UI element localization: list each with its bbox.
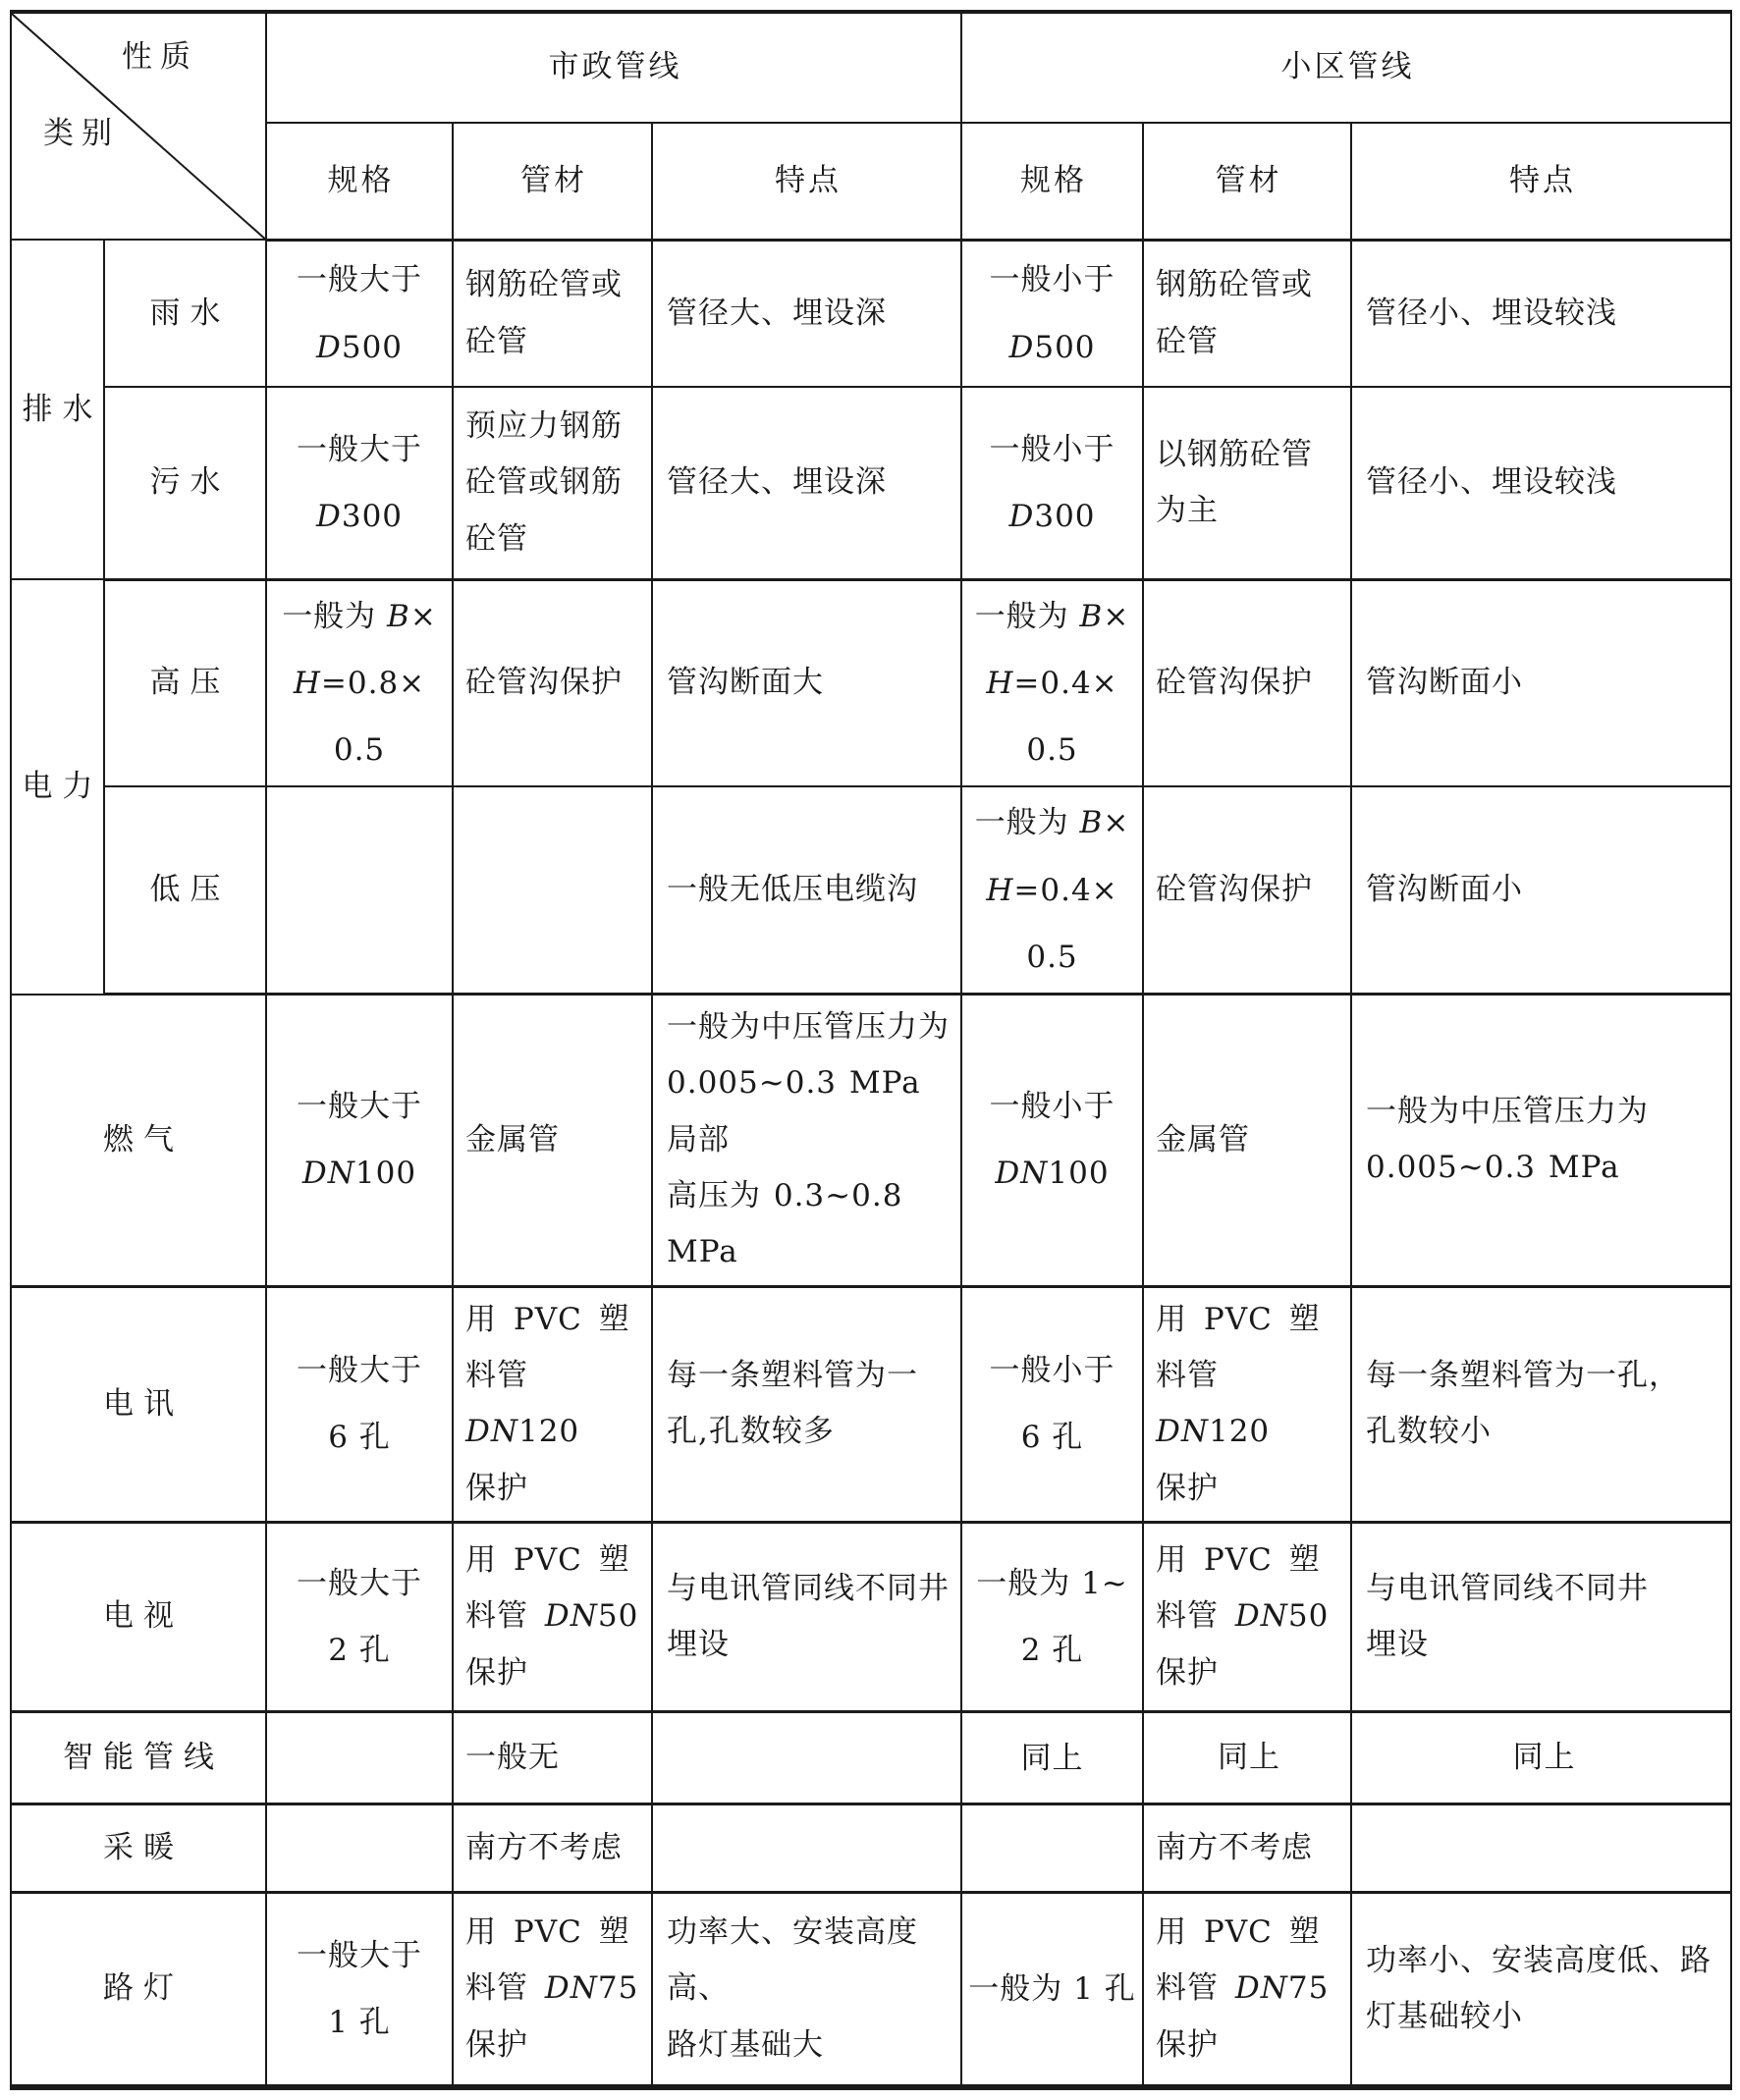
header-district: 小区管线 [961,12,1731,123]
cell-lamp-d-spec: 一般为 1 孔 [961,1893,1143,2087]
cell-heat-d-material: 南方不考虑 [1143,1804,1351,1893]
table-row-sewage: 污水 一般大于 D300 预应力钢筋 砼管或钢筋 砼管 管径大、埋设深 一般小于… [11,387,1731,579]
cell-rain-d-material: 钢筋砼管或 砼管 [1143,240,1351,387]
category-streetlight: 路灯 [11,1893,266,2087]
cell-heat-m-feature [652,1804,961,1893]
cell-tv-d-material: 用 PVC 塑 料管 DN50 保护 [1143,1523,1351,1712]
cell-telecom-m-spec: 一般大于 6 孔 [266,1286,453,1522]
cell-telecom-d-feature: 每一条塑料管为一孔， 孔数较小 [1351,1286,1731,1522]
cell-tv-m-feature: 与电讯管同线不同井 埋设 [652,1523,961,1712]
cell-lamp-d-material: 用 PVC 塑 料管 DN75 保护 [1143,1893,1351,2087]
subheader-district-spec: 规格 [961,123,1143,240]
cell-lv-d-material: 砼管沟保护 [1143,786,1351,994]
cell-gas-m-feature: 一般为中压管压力为 0.005~0.3 MPa 局部 高压为 0.3~0.8 M… [652,995,961,1287]
cell-rain-d-feature: 管径小、埋设较浅 [1351,240,1731,387]
cell-heat-m-material: 南方不考虑 [453,1804,652,1893]
cell-smart-d-material: 同上 [1143,1712,1351,1804]
cell-gas-m-spec: 一般大于 DN100 [266,995,453,1287]
subheader-municipal-feature: 特点 [652,123,961,240]
corner-cell: 性质 类别 [11,12,266,240]
cell-sewage-d-material: 以钢筋砼管 为主 [1143,387,1351,579]
cell-lamp-m-spec: 一般大于 1 孔 [266,1893,453,2087]
table-row-gas: 燃气 一般大于 DN100 金属管 一般为中压管压力为 0.005~0.3 MP… [11,995,1731,1287]
subheader-district-feature: 特点 [1351,123,1731,240]
cell-sewage-m-material: 预应力钢筋 砼管或钢筋 砼管 [453,387,652,579]
cell-lv-d-feature: 管沟断面小 [1351,786,1731,994]
cell-gas-d-material: 金属管 [1143,995,1351,1287]
category-drainage: 排水 [11,240,104,579]
category-gas: 燃气 [11,995,266,1287]
row-sewage-label: 污水 [104,387,266,579]
header-municipal: 市政管线 [266,12,961,123]
cell-hv-d-spec: 一般为 B× H=0.4× 0.5 [961,579,1143,786]
cell-smart-d-feature: 同上 [1351,1712,1731,1804]
header-row-groups: 性质 类别 市政管线 小区管线 [11,12,1731,123]
pipeline-comparison-table: 性质 类别 市政管线 小区管线 规格 管材 特点 规格 管材 特点 排水 雨水 … [10,10,1732,2090]
table-row-smart: 智能管线 一般无 同上 同上 同上 [11,1712,1731,1804]
cell-tv-m-material: 用 PVC 塑 料管 DN50 保护 [453,1523,652,1712]
cell-lv-m-feature: 一般无低压电缆沟 [652,786,961,994]
cell-rain-d-spec: 一般小于 D500 [961,240,1143,387]
cell-sewage-d-spec: 一般小于 D300 [961,387,1143,579]
category-heating: 采暖 [11,1804,266,1893]
corner-label-property: 性质 [122,29,198,85]
cell-sewage-m-feature: 管径大、埋设深 [652,387,961,579]
cell-hv-m-material: 砼管沟保护 [453,579,652,786]
header-row-sub: 规格 管材 特点 规格 管材 特点 [11,123,1731,240]
cell-lv-d-spec: 一般为 B× H=0.4× 0.5 [961,786,1143,994]
cell-hv-m-feature: 管沟断面大 [652,579,961,786]
cell-heat-d-feature [1351,1804,1731,1893]
cell-gas-d-spec: 一般小于 DN100 [961,995,1143,1287]
cell-telecom-d-spec: 一般小于 6 孔 [961,1286,1143,1522]
cell-hv-d-material: 砼管沟保护 [1143,579,1351,786]
cell-gas-m-material: 金属管 [453,995,652,1287]
cell-telecom-m-feature: 每一条塑料管为一 孔,孔数较多 [652,1286,961,1522]
cell-tv-d-feature: 与电讯管同线不同井 埋设 [1351,1523,1731,1712]
cell-lv-m-spec [266,786,453,994]
subheader-municipal-spec: 规格 [266,123,453,240]
cell-heat-m-spec [266,1804,453,1893]
cell-heat-d-spec [961,1804,1143,1893]
row-rain-label: 雨水 [104,240,266,387]
cell-hv-d-feature: 管沟断面小 [1351,579,1731,786]
page: 性质 类别 市政管线 小区管线 规格 管材 特点 规格 管材 特点 排水 雨水 … [0,0,1740,2100]
subheader-district-material: 管材 [1143,123,1351,240]
cell-sewage-m-spec: 一般大于 D300 [266,387,453,579]
cell-tv-m-spec: 一般大于 2 孔 [266,1523,453,1712]
cell-smart-m-spec [266,1712,453,1804]
table-row-telecom: 电讯 一般大于 6 孔 用 PVC 塑 料管 DN120 保护 每一条塑料管为一… [11,1286,1731,1522]
cell-tv-d-spec: 一般为 1~ 2 孔 [961,1523,1143,1712]
category-tv: 电视 [11,1523,266,1712]
cell-rain-m-spec: 一般大于 D500 [266,240,453,387]
table-row-rain: 排水 雨水 一般大于 D500 钢筋砼管或 砼管 管径大、埋设深 一般小于 D5… [11,240,1731,387]
cell-gas-d-feature: 一般为中压管压力为 0.005~0.3 MPa [1351,995,1731,1287]
corner-label-category: 类别 [43,106,120,162]
cell-smart-m-material: 一般无 [453,1712,652,1804]
row-hv-label: 高压 [104,579,266,786]
table-row-heating: 采暖 南方不考虑 南方不考虑 [11,1804,1731,1893]
cell-lamp-d-feature: 功率小、安装高度低、路 灯基础较小 [1351,1893,1731,2087]
cell-lamp-m-material: 用 PVC 塑 料管 DN75 保护 [453,1893,652,2087]
cell-lv-m-material [453,786,652,994]
table-row-high-voltage: 电力 高压 一般为 B× H=0.8× 0.5 砼管沟保护 管沟断面大 一般为 … [11,579,1731,786]
table-row-streetlight: 路灯 一般大于 1 孔 用 PVC 塑 料管 DN75 保护 功率大、安装高度高… [11,1893,1731,2087]
cell-telecom-d-material: 用 PVC 塑 料管 DN120 保护 [1143,1286,1351,1522]
table-row-tv: 电视 一般大于 2 孔 用 PVC 塑 料管 DN50 保护 与电讯管同线不同井… [11,1523,1731,1712]
cell-lamp-m-feature: 功率大、安装高度高、 路灯基础大 [652,1893,961,2087]
row-lv-label: 低压 [104,786,266,994]
cell-rain-m-feature: 管径大、埋设深 [652,240,961,387]
cell-hv-m-spec: 一般为 B× H=0.8× 0.5 [266,579,453,786]
cell-telecom-m-material: 用 PVC 塑 料管 DN120 保护 [453,1286,652,1522]
category-smart: 智能管线 [11,1712,266,1804]
cell-rain-m-material: 钢筋砼管或 砼管 [453,240,652,387]
category-power: 电力 [11,579,104,994]
category-telecom: 电讯 [11,1286,266,1522]
cell-smart-d-spec: 同上 [961,1712,1143,1804]
cell-sewage-d-feature: 管径小、埋设较浅 [1351,387,1731,579]
subheader-municipal-material: 管材 [453,123,652,240]
cell-smart-m-feature [652,1712,961,1804]
table-row-low-voltage: 低压 一般无低压电缆沟 一般为 B× H=0.4× 0.5 砼管沟保护 管沟断面… [11,786,1731,994]
